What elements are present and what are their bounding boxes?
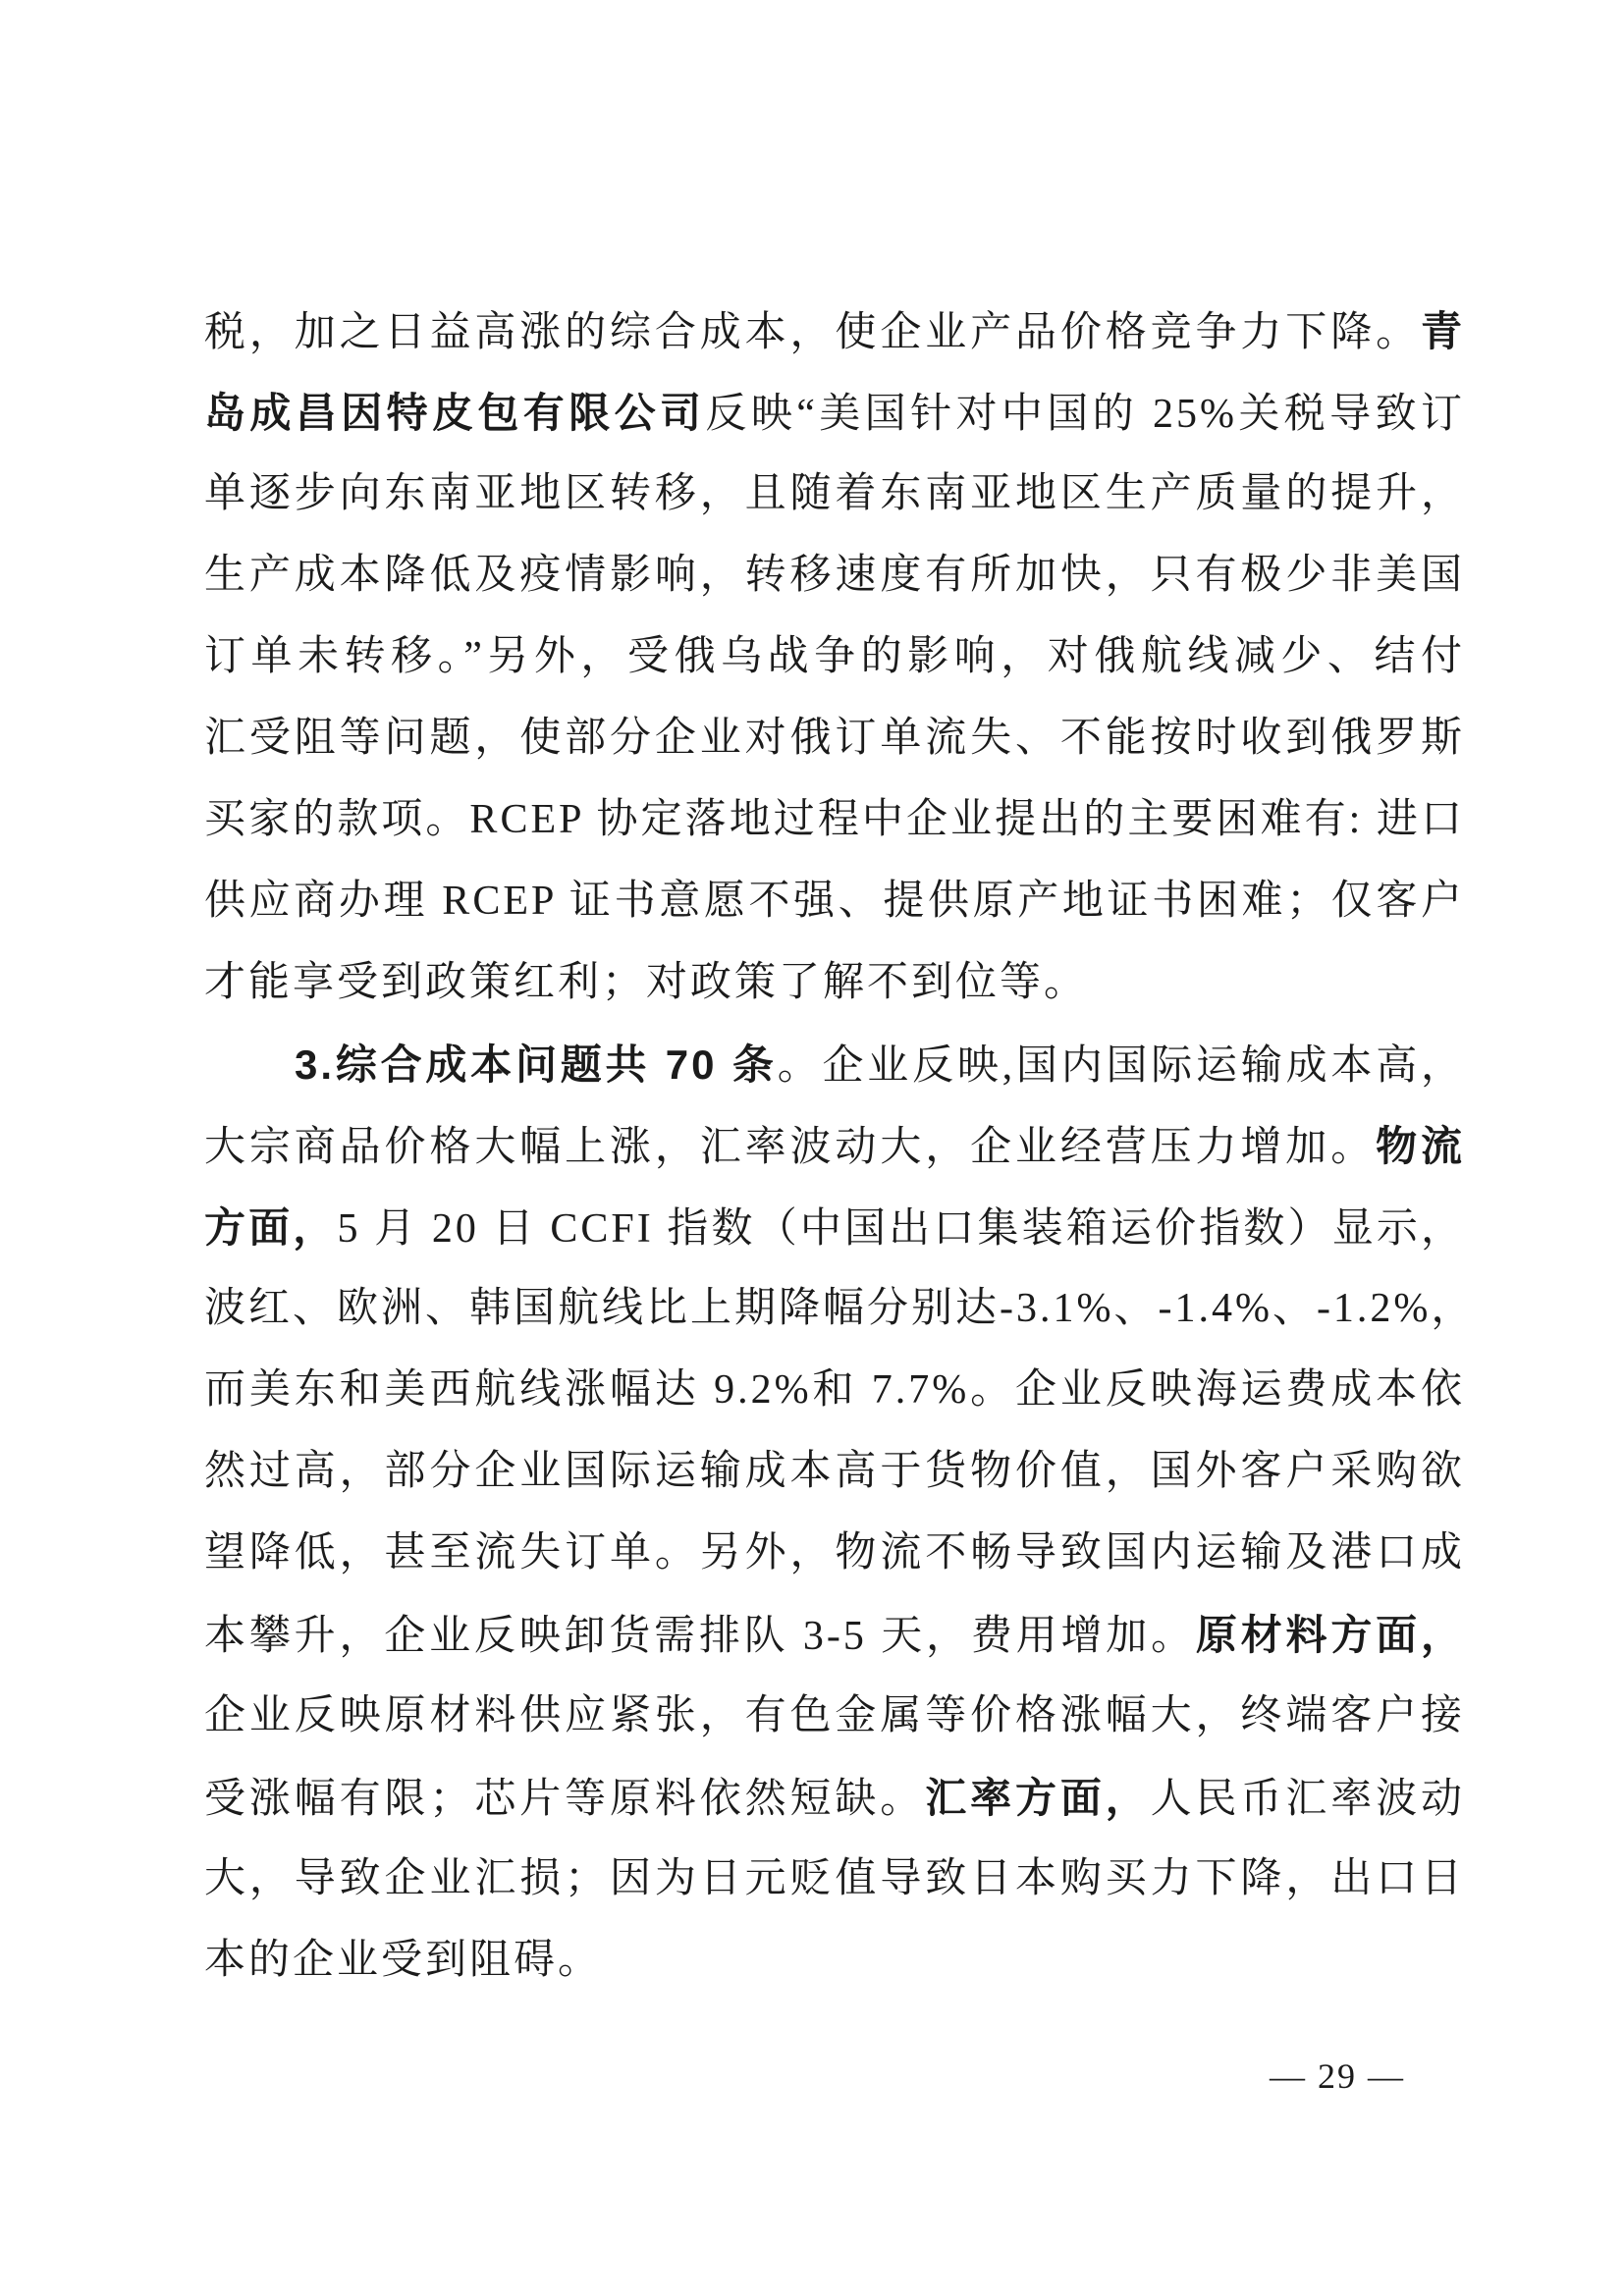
text-line: 大，导致企业汇损；因为日元贬值导致日本购买力下降，出口日 (204, 1839, 1465, 1920)
text-line: 本的企业受到阻碍。 (204, 1920, 1465, 2002)
text-segment: 订单未转移。”另外，受俄乌战争的影响，对俄航线减少、结付 (204, 634, 1465, 679)
text-segment: 企业反映原材料供应紧张，有色金属等价格涨幅大，终端客户接 (204, 1693, 1465, 1738)
text-line: 方面，5 月 20 日 CCFI 指数（中国出口集装箱运价指数）显示， (204, 1187, 1465, 1268)
text-line: 买家的款项。RCEP 协定落地过程中企业提出的主要困难有: 进口 (204, 779, 1465, 861)
text-segment: 本攀升，企业反映卸货需排队 3-5 天，费用增加。 (204, 1614, 1196, 1659)
text-line: 受涨幅有限；芯片等原料依然短缺。汇率方面，人民币汇率波动 (204, 1757, 1465, 1839)
bold-text-segment: 汇率方面， (925, 1775, 1150, 1821)
text-segment: 税，加之日益高涨的综合成本，使企业产品价格竞争力下降。 (204, 310, 1421, 355)
bold-text-segment: 原材料方面， (1196, 1612, 1465, 1658)
bold-text-segment: 物流 (1376, 1123, 1465, 1169)
text-line: 望降低，甚至流失订单。另外，物流不畅导致国内运输及港口成 (204, 1513, 1465, 1594)
text-line: 而美东和美西航线涨幅达 9.2%和 7.7%。企业反映海运费成本依 (204, 1350, 1465, 1431)
text-line: 本攀升，企业反映卸货需排队 3-5 天，费用增加。原材料方面， (204, 1594, 1465, 1676)
bold-text-segment: 方面， (204, 1204, 337, 1251)
text-segment: 波红、欧洲、韩国航线比上期降幅分别达-3.1%、-1.4%、-1.2%， (204, 1286, 1465, 1331)
text-segment: 而美东和美西航线涨幅达 9.2%和 7.7%。企业反映海运费成本依 (204, 1367, 1465, 1413)
text-segment: 大宗商品价格大幅上涨，汇率波动大，企业经营压力增加。 (204, 1125, 1376, 1170)
bold-text-segment: 青 (1421, 308, 1465, 354)
text-line: 订单未转移。”另外，受俄乌战争的影响，对俄航线减少、结付 (204, 616, 1465, 698)
text-line: 才能享受到政策红利；对政策了解不到位等。 (204, 942, 1465, 1024)
text-line: 3.综合成本问题共 70 条。企业反映,国内国际运输成本高， (204, 1024, 1465, 1105)
text-segment: 受涨幅有限；芯片等原料依然短缺。 (204, 1777, 925, 1822)
bold-text-segment: 3.综合成本问题共 70 条 (295, 1041, 778, 1088)
text-segment: 买家的款项。RCEP 协定落地过程中企业提出的主要困难有: 进口 (204, 797, 1465, 842)
text-line: 大宗商品价格大幅上涨，汇率波动大，企业经营压力增加。物流 (204, 1105, 1465, 1187)
text-segment: 人民币汇率波动 (1151, 1777, 1465, 1822)
text-line: 单逐步向东南亚地区转移，且随着东南亚地区生产质量的提升， (204, 454, 1465, 535)
text-segment: 然过高，部分企业国际运输成本高于货物价值，国外客户采购欲 (204, 1449, 1465, 1494)
text-segment: 5 月 20 日 CCFI 指数（中国出口集装箱运价指数）显示， (337, 1206, 1465, 1252)
text-line: 生产成本降低及疫情影响，转移速度有所加快，只有极少非美国 (204, 535, 1465, 616)
text-segment: 汇受阻等问题，使部分企业对俄订单流失、不能按时收到俄罗斯 (204, 716, 1465, 761)
document-body: 税，加之日益高涨的综合成本，使企业产品价格竞争力下降。青岛成昌因特皮包有限公司反… (204, 291, 1465, 2002)
text-segment: 才能享受到政策红利；对政策了解不到位等。 (204, 960, 1088, 1005)
text-segment: 本的企业受到阻碍。 (204, 1938, 602, 1983)
text-line: 供应商办理 RCEP 证书意愿不强、提供原产地证书困难；仅客户 (204, 861, 1465, 942)
text-line: 企业反映原材料供应紧张，有色金属等价格涨幅大，终端客户接 (204, 1676, 1465, 1757)
page-number: — 29 — (1270, 2056, 1405, 2096)
text-segment: 反映“美国针对中国的 25%关税导致订 (705, 392, 1465, 437)
text-segment: 生产成本降低及疫情影响，转移速度有所加快，只有极少非美国 (204, 553, 1465, 598)
text-line: 岛成昌因特皮包有限公司反映“美国针对中国的 25%关税导致订 (204, 372, 1465, 454)
text-line: 波红、欧洲、韩国航线比上期降幅分别达-3.1%、-1.4%、-1.2%， (204, 1268, 1465, 1350)
text-line: 汇受阻等问题，使部分企业对俄订单流失、不能按时收到俄罗斯 (204, 698, 1465, 779)
text-segment: 供应商办理 RCEP 证书意愿不强、提供原产地证书困难；仅客户 (204, 879, 1465, 924)
text-segment: 大，导致企业汇损；因为日元贬值导致日本购买力下降，出口日 (204, 1856, 1465, 1901)
page-footer: — 29 — (1249, 2055, 1426, 2098)
text-segment: 望降低，甚至流失订单。另外，物流不畅导致国内运输及港口成 (204, 1530, 1465, 1575)
document-page: 税，加之日益高涨的综合成本，使企业产品价格竞争力下降。青岛成昌因特皮包有限公司反… (0, 0, 1624, 2296)
text-line: 然过高，部分企业国际运输成本高于货物价值，国外客户采购欲 (204, 1431, 1465, 1513)
text-segment: 单逐步向东南亚地区转移，且随着东南亚地区生产质量的提升， (204, 471, 1465, 516)
text-line: 税，加之日益高涨的综合成本，使企业产品价格竞争力下降。青 (204, 291, 1465, 372)
text-segment: 。企业反映,国内国际运输成本高， (778, 1043, 1465, 1089)
bold-text-segment: 岛成昌因特皮包有限公司 (204, 390, 705, 436)
